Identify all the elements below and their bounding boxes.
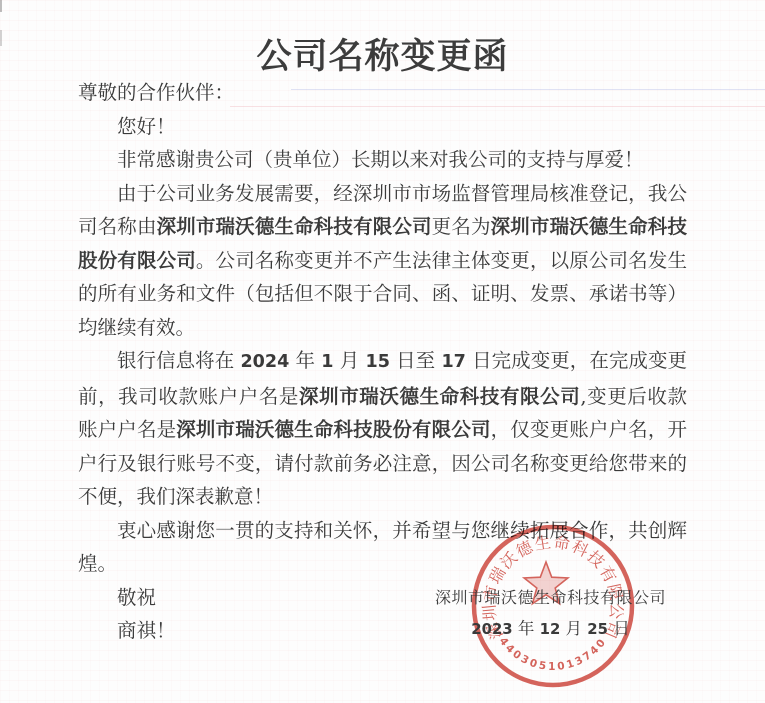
numeric-text: 2023 xyxy=(471,620,512,638)
paragraph: 由于公司业务发展需要，经深圳市市场监督管理局核准登记，我公司名称由深圳市瑞沃德生… xyxy=(78,177,687,345)
paragraph: 衷心感谢您一贯的支持和关怀，并希望与您继续拓展合作，共创辉煌。 xyxy=(78,514,687,581)
numeric-text: 15 xyxy=(366,352,390,372)
paragraph: 银行信息将在 2024 年 1 月 15 日至 17 日完成变更，在完成变更前，… xyxy=(78,344,687,514)
numeric-text: 12 xyxy=(540,620,561,638)
company-name-bold: 深圳市瑞沃德生命科技有限公司 xyxy=(157,215,432,238)
scan-edge-mark xyxy=(0,0,2,12)
numeric-text: 17 xyxy=(441,352,465,372)
numeric-text: 25 xyxy=(587,620,608,638)
paragraph-text: 您好！ xyxy=(117,115,176,138)
paragraph: 您好！ xyxy=(78,110,687,144)
signature-company: 深圳市瑞沃德生命科技有限公司 xyxy=(435,585,666,608)
salutation: 尊敬的合作伙伴： xyxy=(78,76,687,110)
paragraph-text: 更名为 xyxy=(432,215,491,238)
signature-date: 2023 年 12 月 25 日 xyxy=(435,615,666,639)
scanned-letter-page: 公司名称变更函 尊敬的合作伙伴： 您好！非常感谢贵公司（贵单位）长期以来对我公司… xyxy=(0,0,765,703)
letter-body: 尊敬的合作伙伴： 您好！非常感谢贵公司（贵单位）长期以来对我公司的支持与厚爱！由… xyxy=(78,76,687,648)
numeric-text: 2024 xyxy=(240,352,289,372)
page-title: 公司名称变更函 xyxy=(0,29,765,79)
paragraph-text: 商祺！ xyxy=(117,619,176,642)
paragraph-text: 衷心感谢您一贯的支持和关怀，并希望与您继续拓展合作，共创辉煌。 xyxy=(78,519,687,576)
company-name-bold: 深圳市瑞沃德生命科技股份有限公司 xyxy=(176,418,490,441)
paragraph: 非常感谢贵公司（贵单位）长期以来对我公司的支持与厚爱！ xyxy=(78,143,687,177)
company-name-bold: 深圳市瑞沃德生命科技有限公司 xyxy=(299,385,580,408)
numeric-text: 1 xyxy=(321,352,333,372)
paragraph-text: 非常感谢贵公司（贵单位）长期以来对我公司的支持与厚爱！ xyxy=(117,148,644,171)
paragraph-text: 敬祝 xyxy=(117,586,156,609)
signature-block: 深圳市瑞沃德生命科技有限公司 2023 年 12 月 25 日 xyxy=(435,585,666,639)
